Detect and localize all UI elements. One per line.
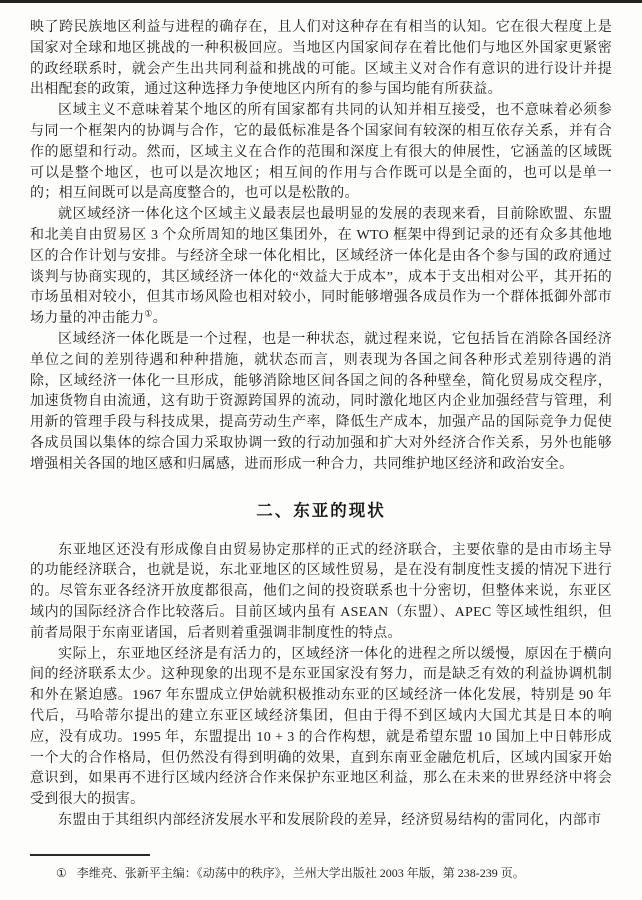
footnote: ①李维亮、张新平主编：《动荡中的秩序》，兰州大学出版社 2003 年版，第 23… [30, 865, 612, 881]
book-page: 映了跨民族地区利益与进程的确存在，且人们对这种存在有相当的认知。它在很大程度上是… [0, 0, 642, 900]
footnote-marker: ① [56, 865, 67, 881]
paragraph-continuation: 映了跨民族地区利益与进程的确存在，且人们对这种存在有相当的认知。它在很大程度上是… [30, 18, 612, 101]
paragraph-text: 就区域经济一体化这个区域主义最表层也最明显的发展的表现来看，目前除欧盟、东盟和北… [30, 207, 612, 326]
paragraph: 实际上，东亚地区经济是有活力的，区域经济一体化的进程之所以缓慢，原因在于横向间的… [30, 645, 612, 811]
footnote-text: 李维亮、张新平主编：《动荡中的秩序》，兰州大学出版社 2003 年版，第 238… [77, 866, 525, 880]
paragraph-partial-last: 东盟由于其组织内部经济发展水平和发展阶段的差异，经济贸易结构的雷同化，内部市 [30, 811, 612, 832]
paragraph: 东亚地区还没有形成像自由贸易协定那样的正式的经济联合，主要依靠的是由市场主导的功… [30, 541, 612, 645]
section-heading: 二、东亚的现状 [30, 500, 612, 522]
footnote-area: ①李维亮、张新平主编：《动荡中的秩序》，兰州大学出版社 2003 年版，第 23… [30, 854, 612, 881]
scan-edge-artifact [0, 0, 642, 3]
paragraph-with-footnote-ref: 就区域经济一体化这个区域主义最表层也最明显的发展的表现来看，目前除欧盟、东盟和北… [30, 205, 612, 330]
footnote-ref-1: ① [144, 309, 152, 319]
paragraph: 区域主义不意味着某个地区的所有国家都有共同的认知并相互接受，也不意味着必须参与同… [30, 101, 612, 205]
paragraph-tail: 。 [153, 311, 167, 326]
footnote-divider [30, 854, 150, 856]
page-content: 映了跨民族地区利益与进程的确存在，且人们对这种存在有相当的认知。它在很大程度上是… [30, 18, 612, 832]
paragraph: 区域经济一体化既是一个过程，也是一种状态，就过程来说，它包括旨在消除各国经济单位… [30, 330, 612, 476]
